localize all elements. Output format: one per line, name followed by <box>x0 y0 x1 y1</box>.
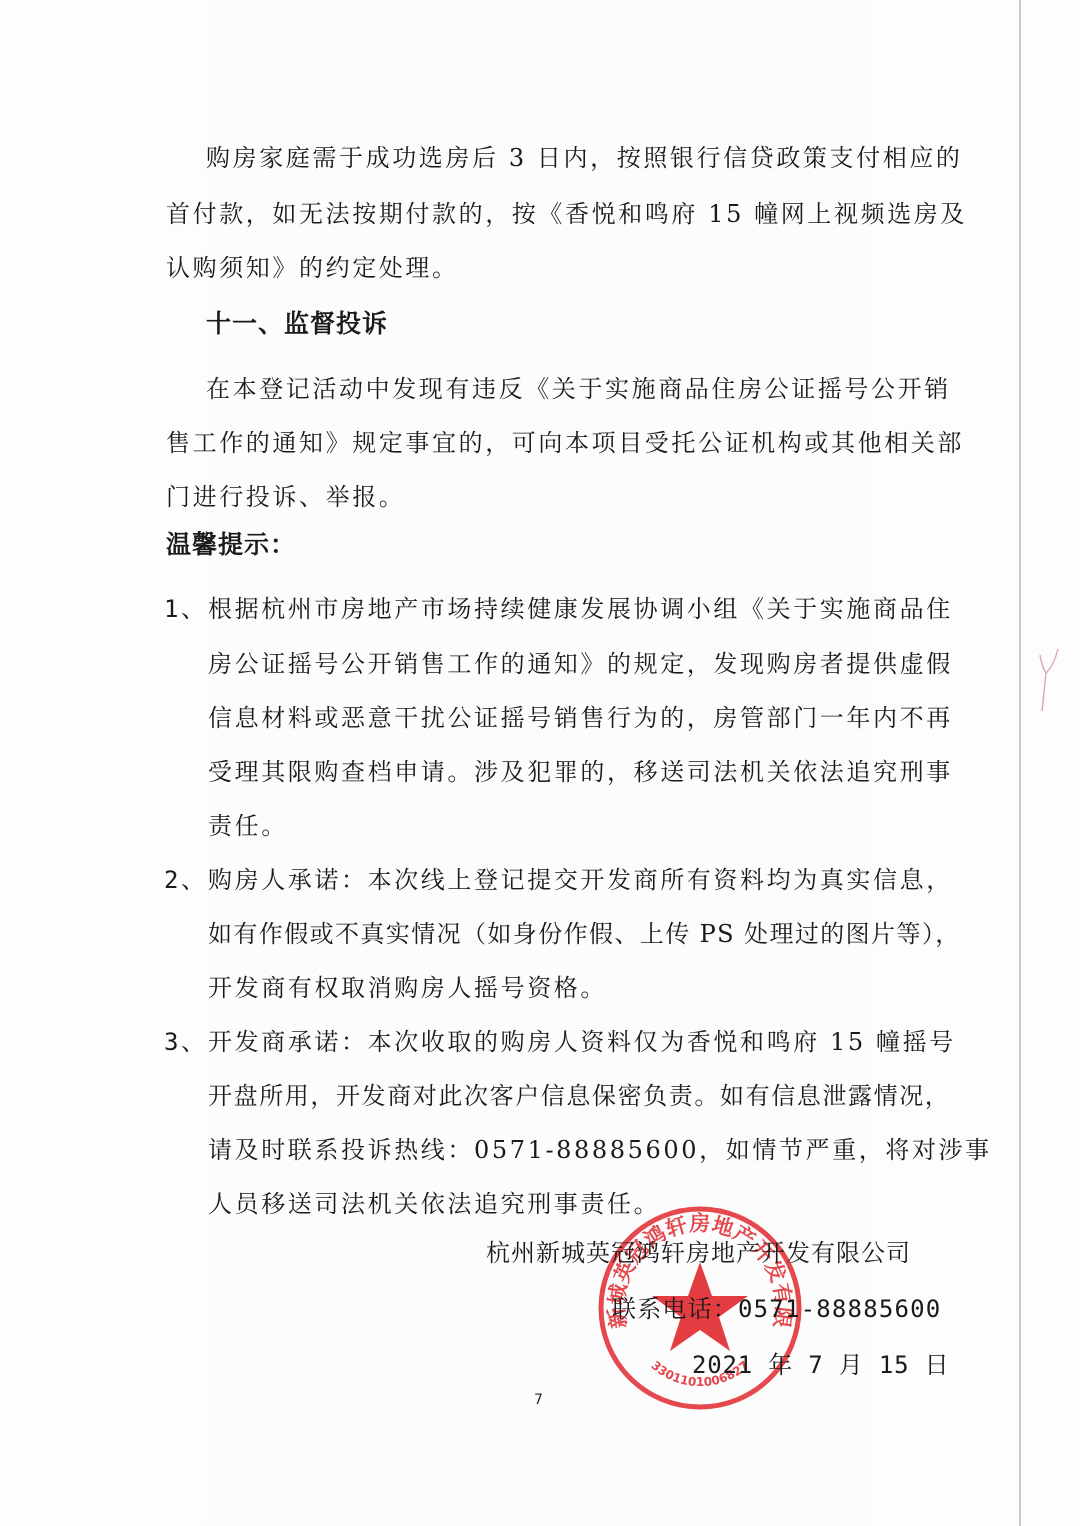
paragraph-complaint-line-1: 在本登记活动中发现有违反《关于实施商品住房公证摇号公开销 <box>206 374 951 404</box>
tip-2-line-1: 购房人承诺：本次线上登记提交开发商所有资料均为真实信息， <box>208 865 953 895</box>
tip-3-number: 3、 <box>164 1027 208 1057</box>
tip-2-line-3: 开发商有权取消购房人摇号资格。 <box>208 973 607 1003</box>
tip-1-line-2: 房公证摇号公开销售工作的通知》的规定，发现购房者提供虚假 <box>208 649 953 679</box>
paragraph-payment-line-2: 首付款，如无法按期付款的，按《香悦和鸣府 15 幢网上视频选房及 <box>166 199 967 229</box>
tip-3-line-1: 开发商承诺：本次收取的购房人资料仅为香悦和鸣府 15 幢摇号 <box>208 1027 956 1057</box>
tips-heading: 温馨提示： <box>166 530 296 560</box>
paragraph-payment-line-1: 购房家庭需于成功选房后 3 日内，按照银行信贷政策支付相应的 <box>206 143 963 173</box>
pen-mark-icon <box>1036 645 1066 715</box>
tip-1-number: 1、 <box>164 594 208 624</box>
paragraph-payment-line-3: 认购须知》的约定处理。 <box>166 253 459 283</box>
signature-company: 杭州新城英冠鸿轩房地产开发有限公司 <box>486 1238 911 1268</box>
document-page: 购房家庭需于成功选房后 3 日内，按照银行信贷政策支付相应的 首付款，如无法按期… <box>0 0 1080 1526</box>
paragraph-complaint-line-3: 门进行投诉、举报。 <box>166 482 405 512</box>
paragraph-complaint-line-2: 售工作的通知》规定事宜的，可向本项目受托公证机构或其他相关部 <box>166 428 964 458</box>
tip-3-line-3: 请及时联系投诉热线：0571-88885600，如情节严重，将对涉事 <box>208 1135 992 1165</box>
tip-2-line-2: 如有作假或不真实情况（如身份作假、上传 PS 处理过的图片等）， <box>208 919 961 949</box>
signature-date: 2021 年 7 月 15 日 <box>692 1350 949 1380</box>
tip-2-number: 2、 <box>164 865 208 895</box>
tip-3-line-2: 开盘所用，开发商对此次客户信息保密负责。如有信息泄露情况， <box>208 1081 950 1111</box>
section-heading: 十一、监督投诉 <box>206 309 388 339</box>
tip-1-line-1: 根据杭州市房地产市场持续健康发展协调小组《关于实施商品住 <box>208 594 953 624</box>
signature-phone: 联系电话：0571-88885600 <box>612 1294 941 1324</box>
tip-3-line-4: 人员移送司法机关依法追究刑事责任。 <box>208 1189 660 1219</box>
tip-1-line-4: 受理其限购查档申请。涉及犯罪的，移送司法机关依法追究刑事 <box>208 757 953 787</box>
page-number: 7 <box>534 1392 543 1408</box>
tip-1-line-3: 信息材料或恶意干扰公证摇号销售行为的，房管部门一年内不再 <box>208 703 953 733</box>
scan-edge-line <box>1019 0 1021 1526</box>
tip-1-line-5: 责任。 <box>208 811 288 841</box>
